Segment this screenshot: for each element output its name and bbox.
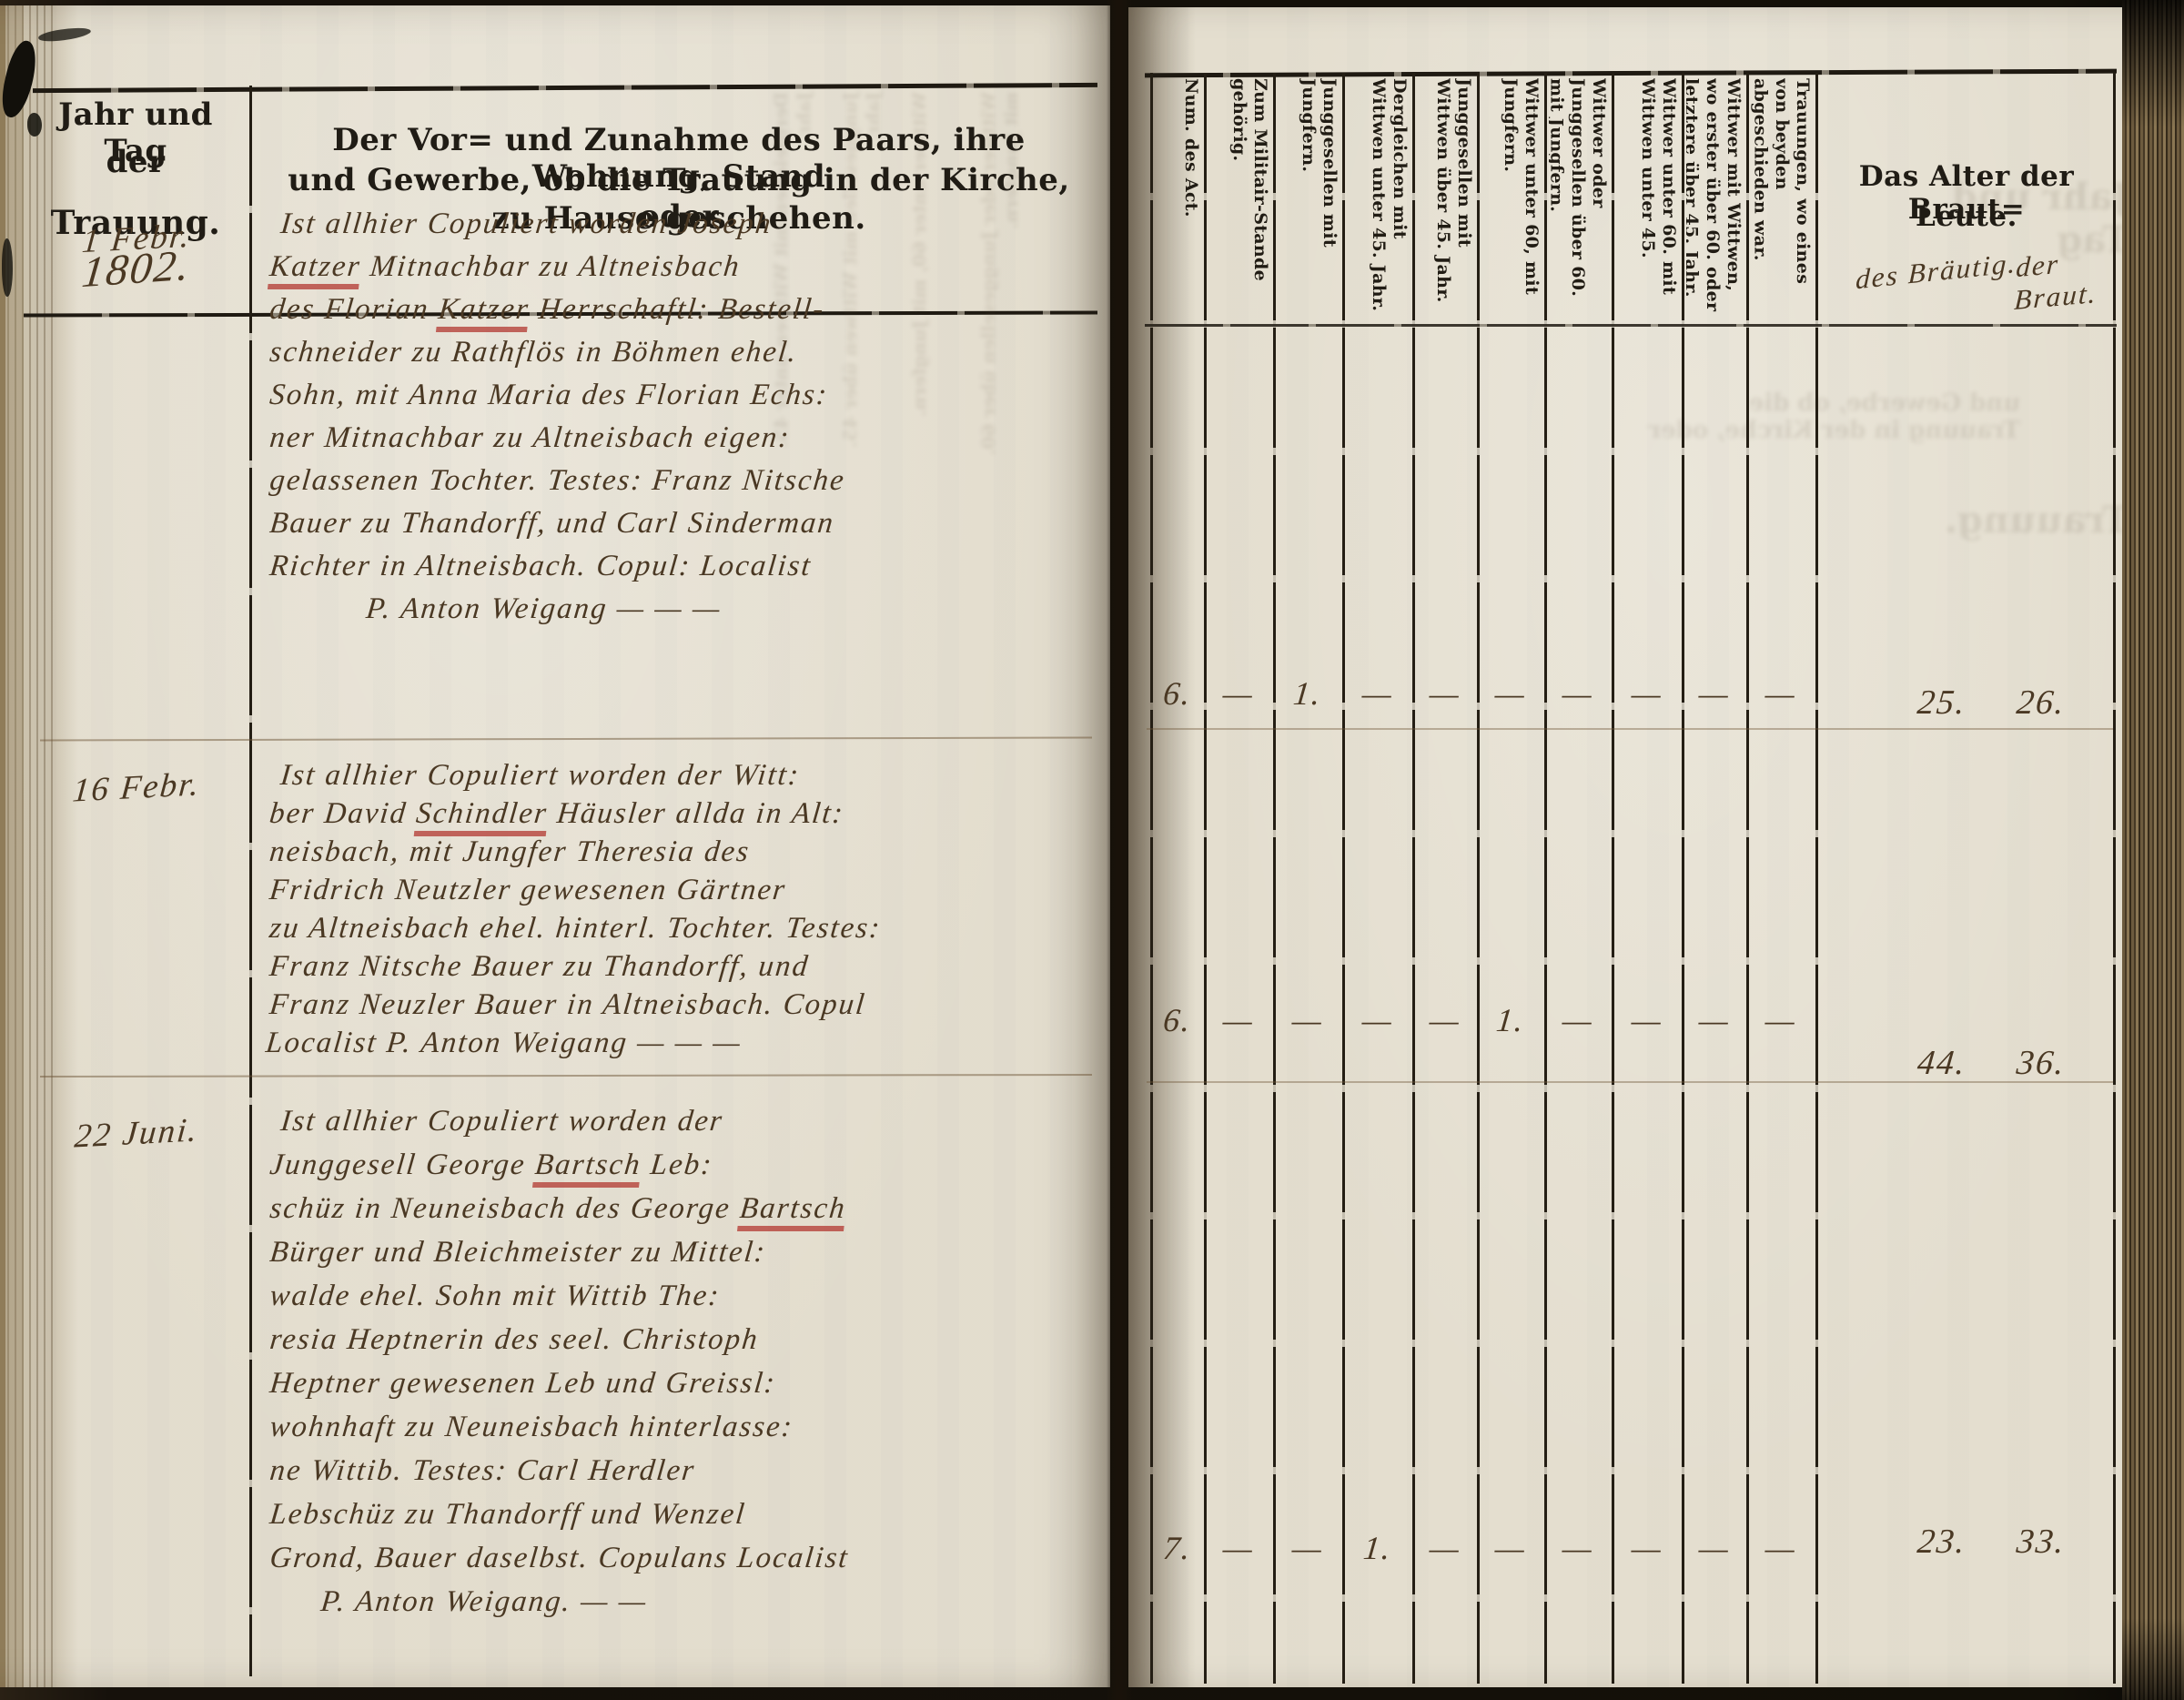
entry-text-line: P. Anton Weigang — — — [264,592,1087,635]
entry-text-line: neisbach, mit Jungfer Theresia des [264,835,1087,874]
tally-cell: — [1415,1529,1473,1567]
column-header: Junggesellen mit Wittwen über 45. Jahr. [1417,78,1474,322]
bride-age: 36. [1985,1043,2098,1083]
entry-text-line: Franz Nitsche Bauer zu Thandorff, und [264,950,1087,988]
entry-text-line: Sohn, mit Anna Maria des Florian Echs: [264,379,1087,421]
entry-separator [40,736,1092,741]
groom-age: 23. [1886,1522,1999,1562]
bride-age: 26. [1985,683,2098,723]
tally-cell: — [1415,1001,1473,1039]
tally-cell: — [1348,674,1406,713]
bleed-through-text: und Gewerbe, ob die Trauung in der Kirch… [1638,390,2020,444]
tally-cell: — [1481,1529,1540,1567]
tally-cell: — [1752,1001,1810,1039]
book-fore-edge [2122,0,2184,1700]
tally-cell: — [1617,1001,1675,1039]
red-underlined-surname: Schindler [414,797,550,836]
tally-cell: — [1348,1001,1406,1039]
tally-cell: — [1684,1001,1743,1039]
entry-text-line: ner Mitnachbar zu Altneisbach eigen: [264,421,1087,464]
tally-cell: 1. [1481,1001,1540,1039]
tally-cell: — [1549,674,1607,713]
tally-cell: — [1209,1001,1268,1039]
column-header: Wittwer unter 60. mit Wittwen unter 45. [1616,78,1679,322]
entry-date: 22 Juni. [28,1108,244,1159]
tally-cell: — [1617,674,1675,713]
entry-text-line: Junggesell George Bartsch Leb: [263,1149,1087,1192]
entry-text-line: Heptner gewesenen Leb und Greissl: [263,1367,1087,1411]
tally-cell: — [1752,1529,1810,1567]
entry-text-line: Fridrich Neutzler gewesenen Gärtner [264,874,1087,912]
right-page: Jahr und Tag Trauung. und Gewerbe, ob di… [1128,7,2122,1687]
entry-text-line: Ist allhier Copuliert worden der Witt: [264,759,1087,797]
column-line [1815,73,1818,1684]
tally-cell: — [1684,1529,1743,1567]
tally-cell: — [1209,674,1268,713]
entry-text-line: Ist allhier Copuliert worden der [263,1105,1087,1149]
bride-age: 33. [1985,1522,2098,1562]
red-underlined-surname: Bartsch [737,1192,847,1231]
entry-text-line: des Florian Katzer Herrschaftl: Bestell- [264,293,1087,336]
tally-cell: 6. [1148,1001,1206,1039]
groom-age: 44. [1886,1043,1999,1083]
column-header: Trauungen, wo eines von beyden abgeschie… [1751,78,1813,322]
column-line [1544,73,1547,1684]
column-line [1477,73,1480,1684]
right-page-top-rule [1145,69,2117,78]
column-line [1342,73,1345,1684]
entry-text-line: resia Heptnerin des seel. Christoph [263,1323,1087,1367]
entry-text-line: Ist allhier Copuliert worden Joseph [264,207,1087,250]
column-header: Wittwer mit Wittwen, wo erster über 60. … [1686,78,1744,322]
tally-cell: — [1415,674,1473,713]
entry-text-line: walde ehel. Sohn mit Wittib The: [263,1280,1087,1323]
tally-cell: — [1209,1529,1268,1567]
red-underlined-surname: Katzer [268,250,363,289]
entry-text: Ist allhier Copuliert worden der Witt:be… [266,759,1085,1065]
tally-cell: — [1549,1529,1607,1567]
entry-text: Ist allhier Copuliert worden JosephKatze… [266,207,1085,635]
tally-cell: — [1617,1529,1675,1567]
entry-text-line: Katzer Mitnachbar zu Altneisbach [264,250,1087,293]
groom-age: 25. [1886,683,1999,723]
column-header: Wittwer unter 60, mit Jungfern. [1481,78,1542,322]
entry-text-line: Lebschüz zu Thandorff und Wenzel [263,1498,1087,1542]
date-column-divider [249,86,252,1676]
column-line [1746,73,1749,1684]
entry-text-line: schüz in Neuneisbach des George Bartsch [263,1192,1087,1236]
entry-text-line: Franz Neuzler Bauer in Altneisbach. Copu… [264,988,1087,1027]
red-underlined-surname: Katzer [436,293,531,332]
column-line [2113,73,2116,1684]
tally-cell: — [1481,674,1540,713]
column-line [1150,73,1153,1684]
tally-cell: 7. [1148,1529,1206,1567]
left-page: Dergleichen mit Wittwen unter 45. Jahr. … [0,5,1110,1687]
date-column-header-line2: der [25,144,246,180]
column-line [1412,73,1415,1684]
entry-date: 16 Febr. [28,763,244,813]
tally-cell: — [1684,674,1743,713]
entry-text-line: Grond, Bauer daselbst. Copulans Localist [263,1542,1087,1585]
ink-smudge [2,238,13,297]
tally-cell: — [1549,1001,1607,1039]
column-header: Wittwer oder Junggesellen über 60. mit J… [1549,78,1609,322]
column-line [1612,73,1614,1684]
entry-text-line: ber David Schindler Häusler allda in Alt… [264,797,1087,835]
row-separator [1147,728,2113,730]
left-page-top-rule [33,83,1097,93]
tally-cell: — [1752,674,1810,713]
column-header: Dergleichen mit Wittwen unter 45. Jahr. [1347,78,1410,322]
entry-text-line: ne Wittib. Testes: Carl Herdler [263,1454,1087,1498]
tally-cell: 1. [1279,674,1337,713]
entry-text-line: Localist P. Anton Weigang — — — [264,1027,1087,1065]
entry-text-line: P. Anton Weigang. — — [263,1585,1087,1629]
entry-text-line: Bürger und Bleichmeister zu Mittel: [263,1236,1087,1280]
column-line [1682,73,1684,1684]
tally-cell: — [1279,1001,1337,1039]
entry-separator [40,1074,1092,1078]
age-subheader-groom: des Bräutig. [1855,247,2022,297]
row-separator [1147,1081,2113,1083]
bleed-through-text: Trauung. [1911,499,2129,541]
red-underlined-surname: Bartsch [532,1149,642,1188]
tally-cell: 6. [1148,674,1206,713]
column-line [1273,73,1276,1684]
entry-text-line: zu Altneisbach ehel. hinterl. Tochter. T… [264,912,1087,950]
ink-smudge [37,25,91,44]
column-header: Num. des Act. [1155,78,1201,322]
column-header: Zum Militair-Stande gehörig. [1208,78,1270,322]
column-line [1204,73,1207,1684]
entry-text-line: Bauer zu Thandorff, und Carl Sinderman [264,507,1087,550]
entry-text: Ist allhier Copuliert worden derJunggese… [266,1105,1085,1629]
age-header-line2: Leute. [1820,200,2113,233]
entry-text-line: wohnhaft zu Neuneisbach hinterlasse: [263,1411,1087,1454]
entry-text-line: Richter in Altneisbach. Copul: Localist [264,550,1087,592]
entry-text-line: gelassenen Tochter. Testes: Franz Nitsch… [264,464,1087,507]
right-page-header-rule [1145,324,2117,327]
entry-text-line: schneider zu Rathflös in Böhmen ehel. [264,336,1087,379]
column-header: Junggesellen mit Jungfern. [1278,78,1340,322]
marriage-register-book: Dergleichen mit Wittwen unter 45. Jahr. … [0,0,2184,1700]
tally-cell: 1. [1348,1529,1406,1567]
tally-cell: — [1279,1529,1337,1567]
